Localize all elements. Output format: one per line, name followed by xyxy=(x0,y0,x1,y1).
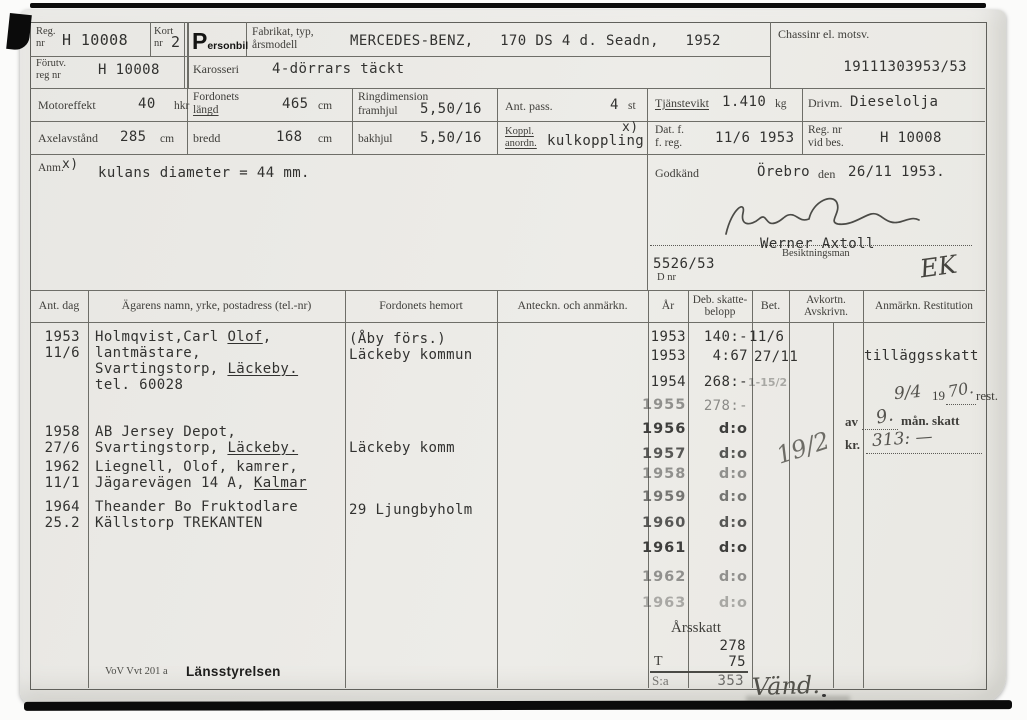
tax-amount: 140:- xyxy=(688,329,748,345)
divider-line xyxy=(752,290,753,688)
tax-amount: d:o xyxy=(688,446,748,462)
owner-name-line: AB Jersey Depot, xyxy=(95,424,236,440)
owner-name-part: Holmqvist,Carl xyxy=(95,329,227,345)
tax-amount: d:o xyxy=(688,489,748,505)
form-code: VoV Vvt 201 a xyxy=(105,666,168,678)
owner-address-part-underlined: Läckeby. xyxy=(227,361,298,377)
divider-line xyxy=(802,88,803,154)
tillaggsskatt-note: tilläggsskatt xyxy=(864,348,979,364)
tax-paid-date: 27/11 xyxy=(754,349,798,365)
divider-line xyxy=(30,56,770,57)
framhjul-value: 5,50/16 xyxy=(420,101,482,117)
restitution-amount-handwriting: 313: — xyxy=(871,427,933,451)
axelavstand-unit: cm xyxy=(160,133,174,146)
kort-nr-value: 2 xyxy=(171,34,180,50)
divider-line xyxy=(187,22,189,88)
godkand-label: Godkänd xyxy=(655,167,699,180)
tax-amount: d:o xyxy=(688,515,748,531)
bredd-label: bredd xyxy=(193,132,220,145)
restitution-year-prefix: 19 xyxy=(932,389,945,404)
owner-name-line: Theander Bo Fruktodlare xyxy=(95,499,298,515)
scanned-registration-card-page: Reg. nr H 10008 Kort nr 2 Personbil Fabr… xyxy=(0,0,1027,720)
anm-value: kulans diameter = 44 mm. xyxy=(98,165,310,181)
scan-artifact-top-bar xyxy=(30,3,986,8)
authority-name: Länsstyrelsen xyxy=(186,664,281,679)
owner-entry-date: 1953 11/6 xyxy=(32,329,80,361)
col-header-deb-skattebelopp: Deb. skatte- belopp xyxy=(688,291,752,321)
summary-t-label: T xyxy=(654,654,663,670)
anm-footnote-mark: x) xyxy=(62,157,78,173)
ant-pass-value: 4 xyxy=(610,97,619,113)
ant-pass-label: Ant. pass. xyxy=(505,100,553,113)
chassi-label: Chassinr el. motsv. xyxy=(778,28,869,41)
owner-entry-date: 1962 11/1 xyxy=(32,459,80,491)
dat-f-reg-value: 11/6 1953 xyxy=(715,130,794,146)
col-header-ant-dag: Ant. dag xyxy=(30,291,88,321)
fabrikat-label: Fabrikat, typ, årsmodell xyxy=(252,26,314,52)
owner-address-part: Jägarevägen 14 A, xyxy=(95,475,254,491)
owner-address-part: Svartingstorp, xyxy=(95,361,227,377)
tax-amount: 268:- xyxy=(688,374,748,390)
vand-handwriting: Vänd. xyxy=(752,671,821,701)
tax-amount: d:o xyxy=(688,569,748,585)
divider-line xyxy=(833,322,834,688)
tjanstevikt-unit: kg xyxy=(775,98,787,111)
axelavstand-value: 285 xyxy=(120,129,147,145)
tax-year: 1961 xyxy=(642,540,686,556)
dotted-line xyxy=(946,403,976,405)
bakhjul-value: 5,50/16 xyxy=(420,130,482,146)
col-header-anteckn: Anteckn. och anmärkn. xyxy=(497,291,648,321)
godkand-den-label: den xyxy=(818,168,835,181)
owner-hemort: (Åby förs.) Läckeby kommun xyxy=(349,331,473,363)
fordonets-label: Fordonets xyxy=(193,91,239,104)
tax-year: 1960 xyxy=(642,515,686,531)
tax-year: 1956 xyxy=(642,421,686,437)
col-header-avkortn-avskrivn: Avkortn. Avskrivn. xyxy=(789,291,863,321)
tax-year: 1963 xyxy=(642,595,686,611)
divider-line xyxy=(88,290,89,688)
summary-sa-value: 353 xyxy=(686,673,744,689)
owner-address-line: Jägarevägen 14 A, Kalmar xyxy=(95,475,307,491)
owner-address-part: Svartingstorp, xyxy=(95,440,227,456)
tax-amount: d:o xyxy=(688,595,748,611)
col-header-fordonets-hemort: Fordonets hemort xyxy=(345,291,497,321)
owner-address-part-underlined: Läckeby. xyxy=(227,440,298,456)
diarienummer-value: 5526/53 xyxy=(653,256,715,272)
summary-t-value: 75 xyxy=(688,654,746,670)
forutv-reg-value: H 10008 xyxy=(98,62,160,78)
tax-paid-date: 11/6 xyxy=(749,329,784,345)
tax-paid-date-stamp: 1-15/2 xyxy=(748,376,787,389)
owner-entry-date: 1958 27/6 xyxy=(32,424,80,456)
drivmedel-value: Dieselolja xyxy=(850,94,938,110)
owner-address-part-underlined: Kalmar xyxy=(254,475,307,491)
godkand-date: 26/11 1953. xyxy=(848,164,945,180)
restitution-day-handwriting: 9/4 xyxy=(893,382,922,404)
anm-label: Anm. xyxy=(38,162,64,175)
owner-address-line: Svartingstorp, Läckeby. xyxy=(95,361,298,377)
divider-line xyxy=(497,290,498,688)
motoreffekt-label: Motoreffekt xyxy=(38,99,96,112)
personbil-logo-initial: P xyxy=(192,28,207,54)
owner-address-line: Källstorp TREKANTEN xyxy=(95,515,263,531)
reg-vid-bes-value: H 10008 xyxy=(880,130,942,146)
tax-year: 1958 xyxy=(642,466,686,482)
tax-amount: d:o xyxy=(688,421,748,437)
fabrikat-value: MERCEDES-BENZ, 170 DS 4 d. Seadn, 1952 xyxy=(350,33,721,49)
divider-line xyxy=(187,88,188,154)
owner-name-part-underlined: Olof xyxy=(227,329,262,345)
owner-hemort: 29 Ljungbyholm xyxy=(349,502,473,518)
tax-year: 1962 xyxy=(642,569,686,585)
langd-label: längd xyxy=(193,104,219,117)
tax-year: 1959 xyxy=(642,489,686,505)
divider-line xyxy=(30,154,985,155)
owner-entry-date: 1964 25.2 xyxy=(32,499,80,531)
tax-year: 1957 xyxy=(642,446,686,462)
owner-name-line: Holmqvist,Carl Olof, xyxy=(95,329,272,345)
owner-name-part: , xyxy=(263,329,272,345)
bredd-unit: cm xyxy=(318,133,332,146)
karosseri-value: 4-dörrars täckt xyxy=(272,61,404,77)
col-header-agarens-namn: Ägarens namn, yrke, postadress (tel.-nr) xyxy=(88,291,345,321)
col-header-bet: Bet. xyxy=(752,291,789,321)
drivmedel-label: Drivm. xyxy=(808,97,842,110)
diarienummer-label: D nr xyxy=(657,272,676,284)
col-header-anmarkn-restitution: Anmärkn. Restitution xyxy=(863,291,985,321)
reg-nr-value: H 10008 xyxy=(62,32,128,48)
motoreffekt-unit: hkr xyxy=(174,100,189,113)
divider-line xyxy=(30,322,985,323)
tax-year: 1953 xyxy=(642,348,686,364)
dat-f-reg-label: Dat. f. f. reg. xyxy=(655,124,684,150)
divider-line xyxy=(150,22,151,56)
tax-amount: d:o xyxy=(688,466,748,482)
chassi-value: 19111303953/53 xyxy=(827,59,967,75)
col-header-ar: År xyxy=(648,291,688,321)
signature-title: Besiktningsman xyxy=(782,248,850,260)
divider-line xyxy=(497,88,498,154)
framhjul-label: framhjul xyxy=(358,105,398,118)
divider-line xyxy=(30,88,985,89)
divider-line xyxy=(30,121,985,122)
tax-year: 1953 xyxy=(642,329,686,345)
motoreffekt-value: 40 xyxy=(138,96,156,112)
tax-amount: 4:67 xyxy=(688,348,748,364)
divider-line xyxy=(345,290,346,688)
restitution-rest-label: rest. xyxy=(976,389,998,404)
arsskatt-value: 278 xyxy=(688,638,746,654)
ant-pass-unit: st xyxy=(628,100,636,113)
koppl-footnote-mark: x) xyxy=(622,120,638,136)
restitution-av-label: av xyxy=(845,415,858,430)
ringdimension-label: Ringdimension xyxy=(358,91,428,104)
personbil-logo-rest: ersonbil xyxy=(207,40,248,52)
owner-occupation: lantmästare, xyxy=(95,345,201,361)
scan-artifact-bottom-bar xyxy=(24,700,1012,711)
arsskatt-label: Årsskatt xyxy=(671,620,721,637)
clerk-initials-handwriting: EK xyxy=(918,250,959,284)
karosseri-label: Karosseri xyxy=(193,63,239,76)
reg-vid-bes-label: Reg. nr vid bes. xyxy=(808,124,844,150)
owner-phone: tel. 60028 xyxy=(95,377,183,393)
divider-line xyxy=(184,22,185,88)
scan-artifact-speck xyxy=(822,694,826,697)
dotted-line xyxy=(866,452,982,454)
tax-amount: d:o xyxy=(688,540,748,556)
tjanstevikt-value: 1.410 xyxy=(722,94,766,110)
owner-name-line: Liegnell, Olof, kamrer, xyxy=(95,459,298,475)
divider-line xyxy=(352,88,353,154)
divider-line xyxy=(770,22,771,88)
langd-value: 465 xyxy=(282,96,309,112)
bredd-value: 168 xyxy=(276,129,303,145)
restitution-kr-label: kr. xyxy=(845,438,860,453)
summary-sa-label: S:a xyxy=(652,674,669,689)
reg-nr-label: Reg. nr xyxy=(36,26,56,50)
tax-year: 1955 xyxy=(642,397,686,413)
bakhjul-label: bakhjul xyxy=(358,133,393,146)
tax-amount: 278:- xyxy=(688,398,748,414)
forutv-reg-label: Förutv. reg nr xyxy=(36,58,66,82)
personbil-logo: Personbil xyxy=(192,28,248,55)
koppl-anordn-label: Koppl. anordn. xyxy=(505,126,537,150)
tax-year: 1954 xyxy=(642,374,686,390)
owner-hemort: Läckeby komm xyxy=(349,440,455,456)
tjanstevikt-label: Tjänstevikt xyxy=(655,97,709,110)
owner-address-line: Svartingstorp, Läckeby. xyxy=(95,440,298,456)
axelavstand-label: Axelavstånd xyxy=(38,132,98,145)
langd-unit: cm xyxy=(318,100,332,113)
godkand-place: Örebro xyxy=(757,164,810,180)
divider-line xyxy=(647,88,648,290)
